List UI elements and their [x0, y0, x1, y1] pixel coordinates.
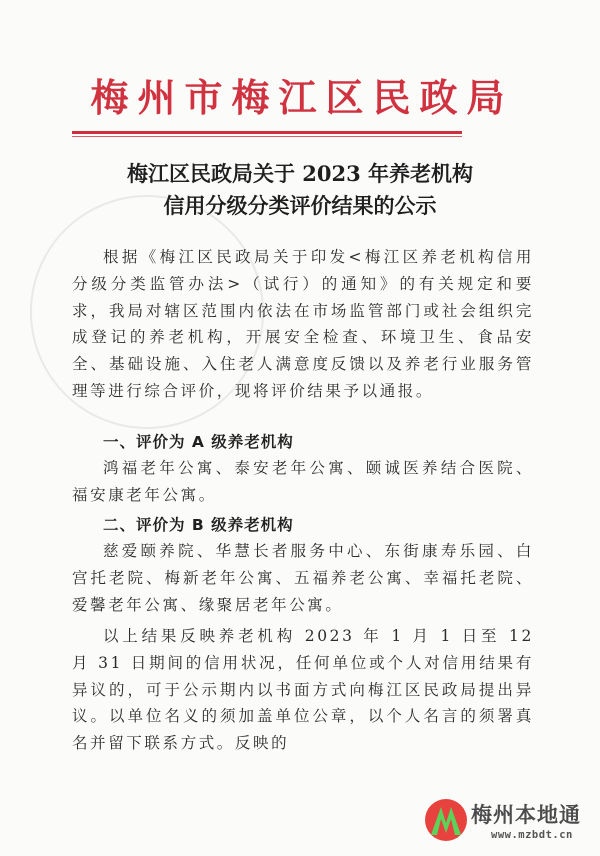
letterhead-red-rule-thin — [72, 136, 462, 137]
section-b-content: 慈爱颐养院、华慧长者服务中心、东街康寿乐园、白宫托老院、梅新老年公寓、五福养老公… — [72, 538, 534, 618]
section-a-content: 鸿福老年公寓、泰安老年公寓、颐诚医养结合医院、福安康老年公寓。 — [72, 455, 534, 509]
document-title: 梅江区民政局关于 2023 年养老机构 信用分级分类评价结果的公示 — [60, 158, 540, 222]
watermark-site-name: 梅州本地通 — [471, 799, 581, 829]
section-a-heading: 一、评价为 A 级养老机构 — [103, 430, 294, 452]
watermark-url: www.mzbdt.cn — [491, 829, 573, 841]
letterhead-org-name: 梅州市梅江区民政局 — [72, 74, 532, 122]
watermark-logo-icon — [425, 799, 467, 841]
site-watermark: 梅州本地通 www.mzbdt.cn — [425, 797, 595, 849]
closing-paragraph: 以上结果反映养老机构 2023 年 1 月 1 日至 12 月 31 日期间的信… — [72, 623, 534, 757]
letterhead-red-rule — [72, 131, 462, 134]
section-b-heading: 二、评价为 B 级养老机构 — [103, 513, 294, 535]
title-line-1: 梅江区民政局关于 2023 年养老机构 — [60, 158, 540, 190]
title-line-2: 信用分级分类评价结果的公示 — [60, 190, 540, 222]
document-page: 梅州市梅江区民政局 梅江区民政局关于 2023 年养老机构 信用分级分类评价结果… — [0, 0, 600, 856]
intro-paragraph: 根据《梅江区民政局关于印发<梅江区养老机构信用分级分类监管办法>（试行）的通知》… — [72, 244, 534, 405]
